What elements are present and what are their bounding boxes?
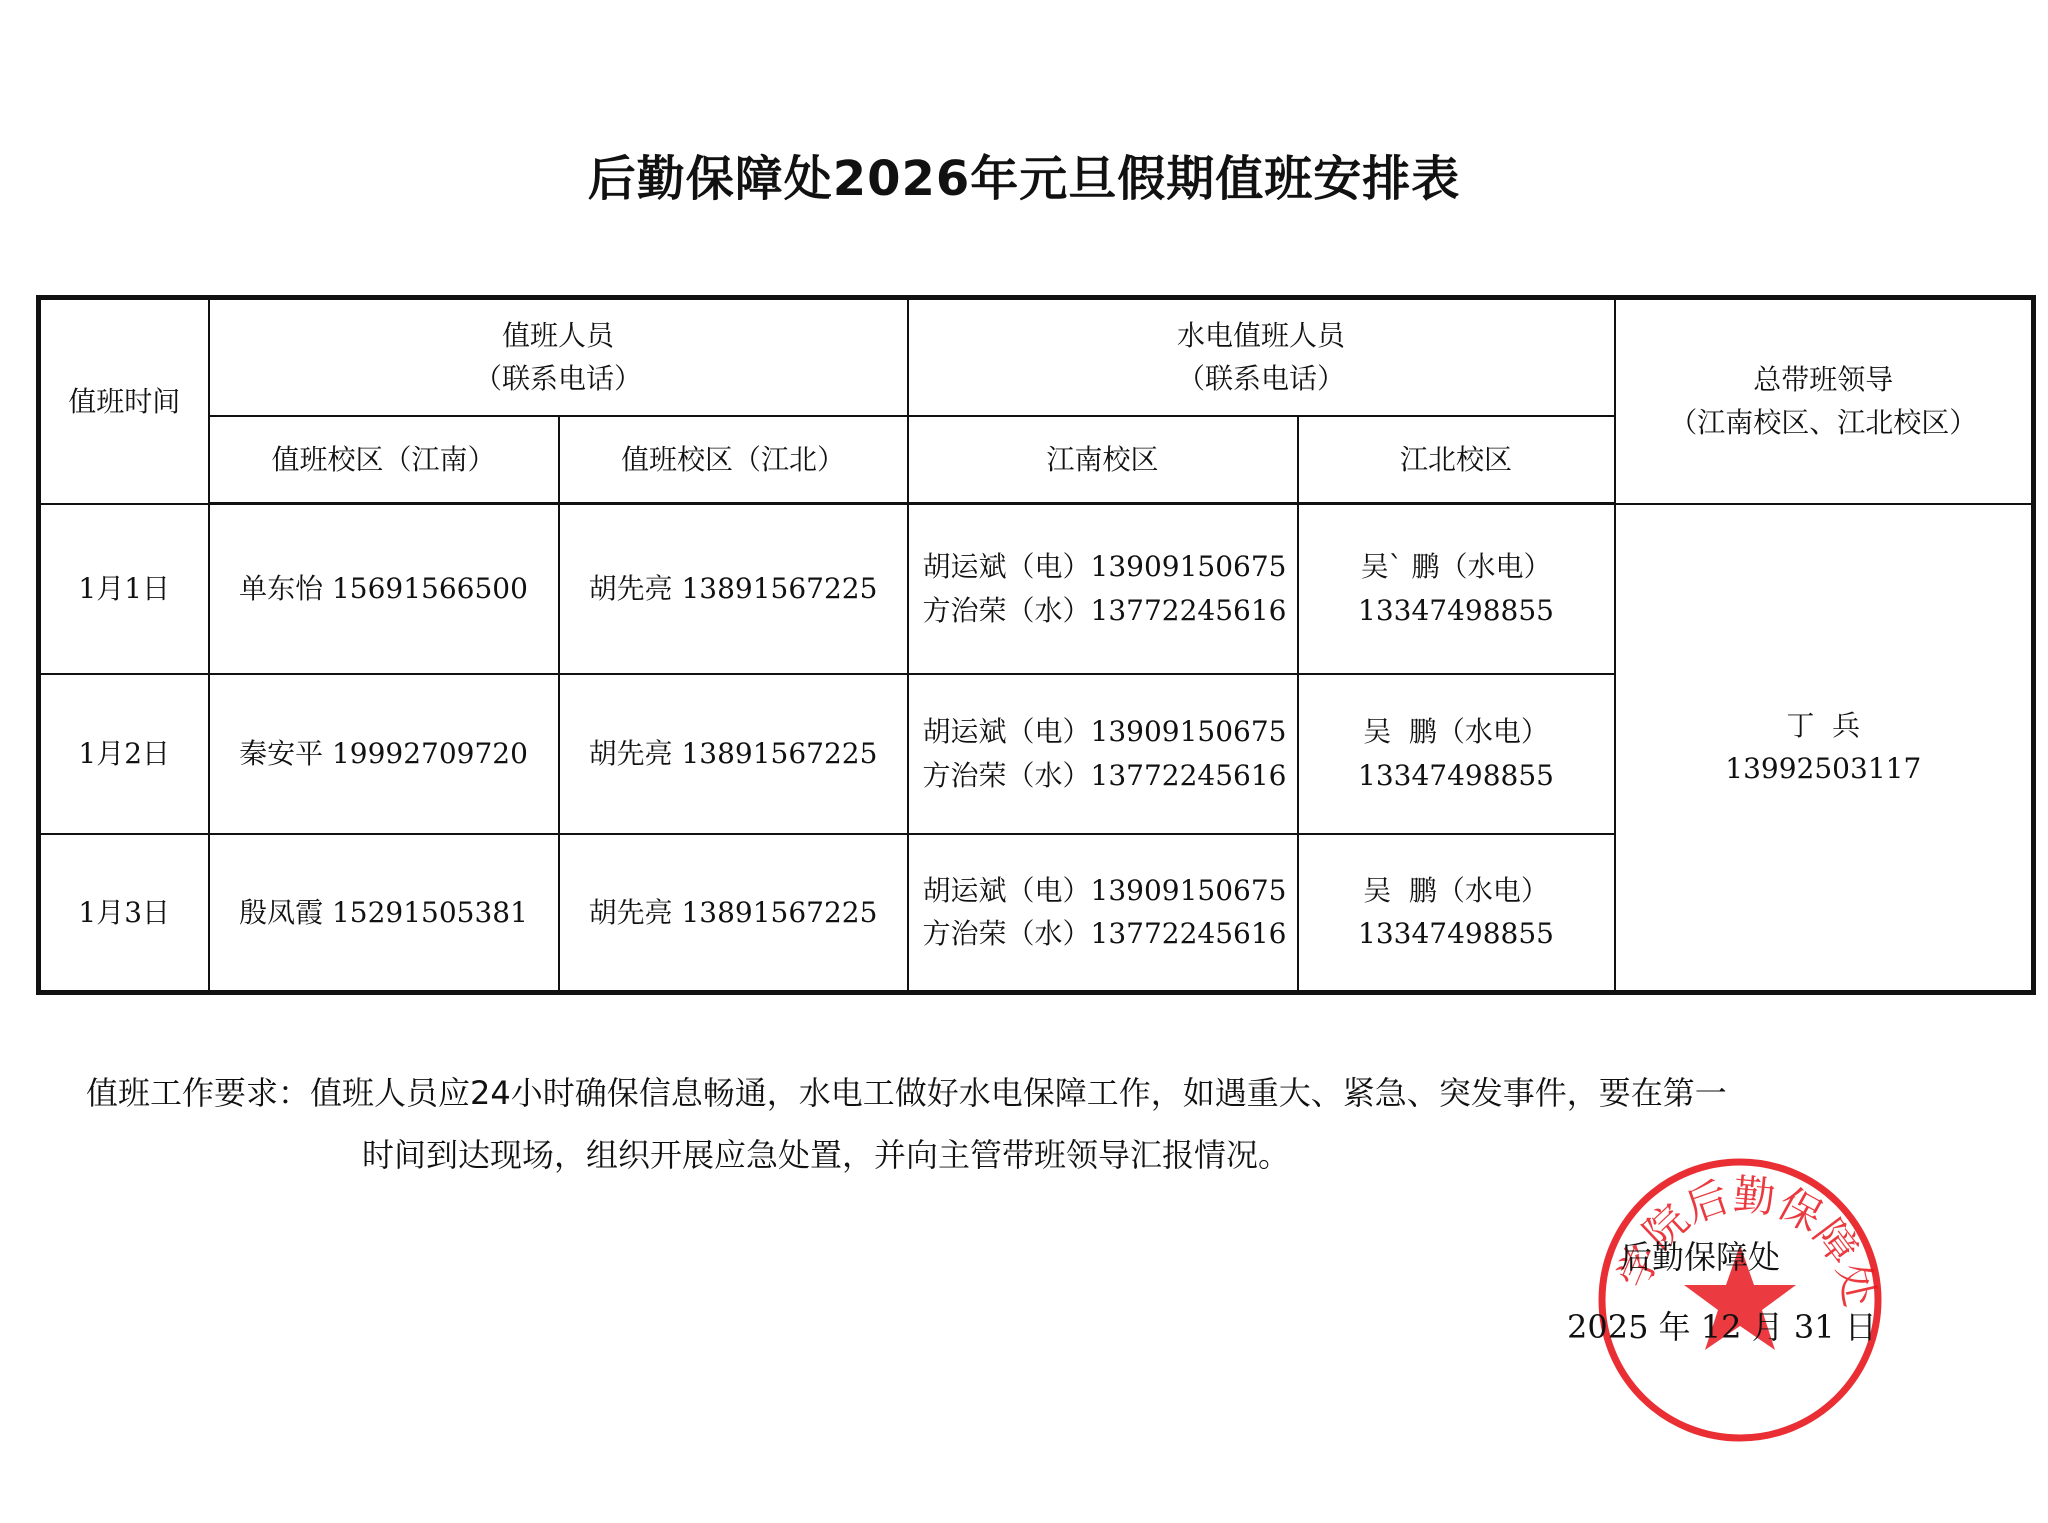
header-utility-staff: 水电值班人员（联系电话） <box>908 298 1615 416</box>
duty-jiangnan-cell: 秦安平 19992709720 <box>209 674 559 834</box>
page-title: 后勤保障处2026年元旦假期值班安排表 <box>0 140 2048 209</box>
utility-jiangbei-cell: 吴` 鹏（水电）13347498855 <box>1298 504 1615 674</box>
requirements-line-1: 值班工作要求：值班人员应24小时确保信息畅通，水电工做好水电保障工作，如遇重大、… <box>86 1062 1727 1124</box>
signature-date: 2025 年 12 月 31 日 <box>1567 1302 1877 1348</box>
header-utility-jiangbei: 江北校区 <box>1298 416 1615 504</box>
table-row: 1月1日 单东怡 15691566500 胡先亮 13891567225 胡运斌… <box>39 504 2034 674</box>
utility-jiangbei-cell: 吴 鹏（水电）13347498855 <box>1298 834 1615 993</box>
requirements-line-2: 时间到达现场，组织开展应急处置，并向主管带班领导汇报情况。 <box>362 1124 1290 1186</box>
leader-phone: 13992503117 <box>1616 747 2032 790</box>
leader-name: 丁 兵 <box>1616 704 2032 747</box>
leader-cell: 丁 兵 13992503117 <box>1615 504 2034 993</box>
header-leader: 总带班领导（江南校区、江北校区） <box>1615 298 2034 504</box>
utility-jiangbei-cell: 吴 鹏（水电）13347498855 <box>1298 674 1615 834</box>
duty-jiangnan-cell: 单东怡 15691566500 <box>209 504 559 674</box>
header-duty-jiangnan: 值班校区（江南） <box>209 416 559 504</box>
header-duty-jiangbei: 值班校区（江北） <box>559 416 908 504</box>
duty-jiangbei-cell: 胡先亮 13891567225 <box>559 674 908 834</box>
duty-jiangnan-cell: 殷凤霞 15291505381 <box>209 834 559 993</box>
utility-jiangnan-cell: 胡运斌（电）13909150675方治荣（水）13772245616 <box>908 504 1298 674</box>
header-duty-staff: 值班人员（联系电话） <box>209 298 908 416</box>
date-cell: 1月3日 <box>39 834 209 993</box>
date-cell: 1月2日 <box>39 674 209 834</box>
duty-jiangbei-cell: 胡先亮 13891567225 <box>559 504 908 674</box>
header-time: 值班时间 <box>39 298 209 504</box>
date-cell: 1月1日 <box>39 504 209 674</box>
official-seal-icon: 学院后勤保障处 <box>1590 1150 1890 1450</box>
header-utility-jiangnan: 江南校区 <box>908 416 1298 504</box>
signature-org: 后勤保障处 <box>1620 1232 1780 1278</box>
duty-jiangbei-cell: 胡先亮 13891567225 <box>559 834 908 993</box>
utility-jiangnan-cell: 胡运斌（电）13909150675方治荣（水）13772245616 <box>908 834 1298 993</box>
duty-schedule-table: 值班时间 值班人员（联系电话） 水电值班人员（联系电话） 总带班领导（江南校区、… <box>36 295 2036 995</box>
utility-jiangnan-cell: 胡运斌（电）13909150675方治荣（水）13772245616 <box>908 674 1298 834</box>
